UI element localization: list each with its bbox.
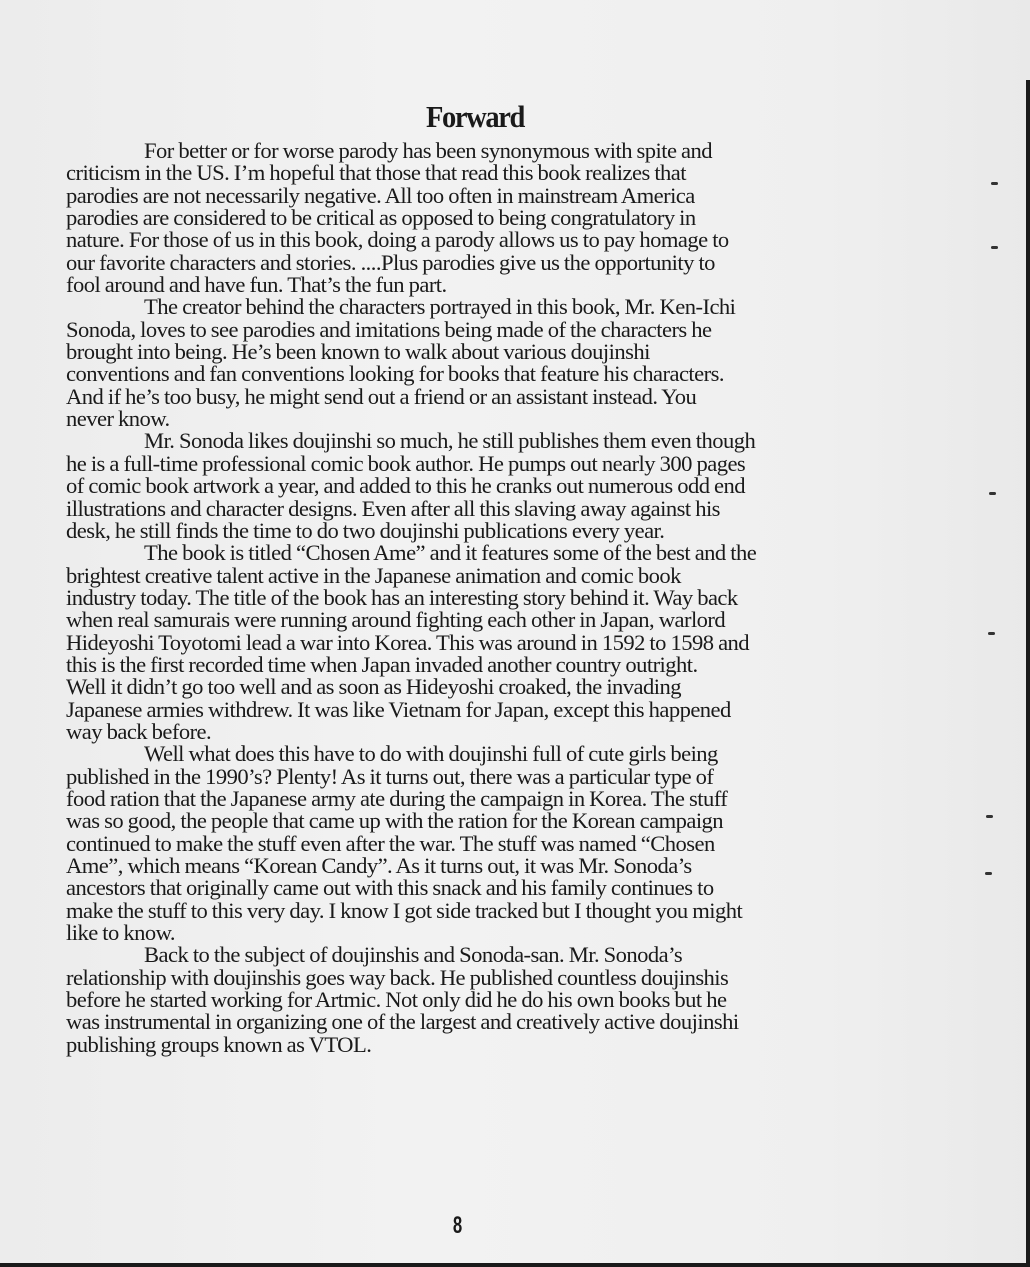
text-line: Well it didn’t go too well and as soon a… bbox=[66, 676, 896, 698]
text-line: food ration that the Japanese army ate d… bbox=[66, 788, 896, 810]
paragraph-5: Well what does this have to do with douj… bbox=[66, 743, 896, 944]
text-line: was instrumental in organizing one of th… bbox=[66, 1011, 896, 1033]
text-line: For better or for worse parody has been … bbox=[66, 140, 896, 162]
text-line: of comic book artwork a year, and added … bbox=[66, 475, 896, 497]
body-text: For better or for worse parody has been … bbox=[66, 140, 896, 1056]
paragraph-4: The book is titled “Chosen Ame” and it f… bbox=[66, 542, 896, 743]
text-line: Hideyoshi Toyotomi lead a war into Korea… bbox=[66, 632, 896, 654]
text-line: make the stuff to this very day. I know … bbox=[66, 900, 896, 922]
page-number: 8 bbox=[137, 1212, 778, 1240]
text-line: way back before. bbox=[66, 721, 896, 743]
page-edge-right bbox=[1026, 80, 1030, 1267]
scanned-page: Forward For better or for worse parody h… bbox=[0, 0, 1030, 1267]
text-line: conventions and fan conventions looking … bbox=[66, 363, 896, 385]
text-line: he is a full-time professional comic boo… bbox=[66, 453, 896, 475]
paragraph-1: For better or for worse parody has been … bbox=[66, 140, 896, 296]
text-line: brightest creative talent active in the … bbox=[66, 565, 896, 587]
page-title: Forward bbox=[38, 99, 912, 135]
text-line: The book is titled “Chosen Ame” and it f… bbox=[66, 542, 896, 564]
text-line: parodies are considered to be critical a… bbox=[66, 207, 896, 229]
text-line: criticism in the US. I’m hopeful that th… bbox=[66, 162, 896, 184]
text-line: Back to the subject of doujinshis and So… bbox=[66, 944, 896, 966]
text-line: desk, he still finds the time to do two … bbox=[66, 520, 896, 542]
scan-speck bbox=[989, 492, 996, 495]
text-line: nature. For those of us in this book, do… bbox=[66, 229, 896, 251]
text-line: when real samurais were running around f… bbox=[66, 609, 896, 631]
text-line: never know. bbox=[66, 408, 896, 430]
text-line: publishing groups known as VTOL. bbox=[66, 1034, 896, 1056]
paragraph-3: Mr. Sonoda likes doujinshi so much, he s… bbox=[66, 430, 896, 542]
scan-speck bbox=[988, 632, 995, 635]
text-line: our favorite characters and stories. ...… bbox=[66, 252, 896, 274]
text-line: like to know. bbox=[66, 922, 896, 944]
scan-speck bbox=[986, 815, 993, 818]
text-line: relationship with doujinshis goes way ba… bbox=[66, 967, 896, 989]
text-line: was so good, the people that came up wit… bbox=[66, 810, 896, 832]
text-line: continued to make the stuff even after t… bbox=[66, 833, 896, 855]
text-line: Japanese armies withdrew. It was like Vi… bbox=[66, 699, 896, 721]
scan-speck bbox=[991, 246, 998, 249]
text-line: And if he’s too busy, he might send out … bbox=[66, 386, 896, 408]
text-line: industry today. The title of the book ha… bbox=[66, 587, 896, 609]
text-line: The creator behind the characters portra… bbox=[66, 296, 896, 318]
text-line: Mr. Sonoda likes doujinshi so much, he s… bbox=[66, 430, 896, 452]
text-line: fool around and have fun. That’s the fun… bbox=[66, 274, 896, 296]
text-line: Sonoda, loves to see parodies and imitat… bbox=[66, 319, 896, 341]
paragraph-6: Back to the subject of doujinshis and So… bbox=[66, 944, 896, 1056]
text-line: before he started working for Artmic. No… bbox=[66, 989, 896, 1011]
text-line: this is the first recorded time when Jap… bbox=[66, 654, 896, 676]
page-edge-bottom bbox=[0, 1263, 1030, 1267]
text-line: illustrations and character designs. Eve… bbox=[66, 498, 896, 520]
text-line: parodies are not necessarily negative. A… bbox=[66, 185, 896, 207]
scan-speck bbox=[991, 182, 998, 185]
paragraph-2: The creator behind the characters portra… bbox=[66, 296, 896, 430]
text-line: published in the 1990’s? Plenty! As it t… bbox=[66, 766, 896, 788]
text-line: brought into being. He’s been known to w… bbox=[66, 341, 896, 363]
text-line: Well what does this have to do with douj… bbox=[66, 743, 896, 765]
scan-speck bbox=[985, 872, 992, 875]
text-line: Ame”, which means “Korean Candy”. As it … bbox=[66, 855, 896, 877]
text-line: ancestors that originally came out with … bbox=[66, 877, 896, 899]
